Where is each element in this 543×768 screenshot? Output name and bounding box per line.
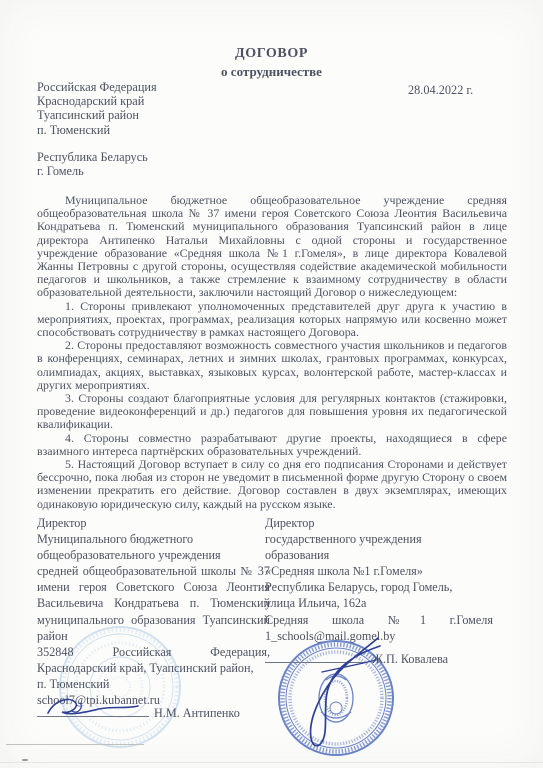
signature-ink-left: [42, 693, 152, 728]
document-title: ДОГОВОР: [0, 46, 543, 62]
signatory-line: Директор: [265, 515, 493, 531]
signatory-line: муниципального образования Туапсинский: [37, 612, 270, 628]
signatory-address-line: Краснодарский край, Туапсинский район,: [37, 660, 270, 676]
origin-line: п. Тюменский: [37, 123, 157, 137]
signatory-line: Васильевича Кондратьева п. Тюменский: [37, 595, 270, 611]
signatory-line: имени героя Советского Союза Леонтия: [37, 579, 270, 595]
document-title-block: ДОГОВОР о сотрудничестве: [0, 46, 543, 80]
signatory-line: общеобразовательного учреждения: [37, 547, 270, 563]
scanned-contract-page: ДОГОВОР о сотрудничестве Российская Феде…: [0, 0, 543, 768]
clause-paragraph-2: 2. Стороны предоставляют возможность сов…: [37, 339, 507, 392]
signatory-address-line: улица Ильича, 162а: [265, 595, 493, 611]
origin-line: г. Гомель: [37, 164, 148, 178]
signatory-line: Директор: [37, 515, 270, 531]
origin-address-belarus: Республика Беларусь г. Гомель: [37, 150, 148, 178]
signature-ink-right: [276, 620, 406, 765]
origin-line: Туапсинский район: [37, 108, 157, 122]
origin-line: Краснодарский край: [37, 94, 157, 108]
signatory-line: средней общеобразовательной школы № 37: [37, 563, 270, 579]
signatory-line: «Средняя школа №1 г.Гомеля»: [265, 563, 493, 579]
signatory-address-line: п. Тюменский: [37, 676, 270, 692]
clause-paragraph-4: 4. Стороны совместно разрабатывают други…: [37, 432, 507, 458]
clause-paragraph-1: 1. Стороны привлекают уполномоченных пре…: [37, 300, 507, 340]
signatory-address-line: Республика Беларусь, город Гомель,: [265, 579, 493, 595]
signatory-line: образования: [265, 547, 493, 563]
clause-paragraph-3: 3. Стороны создают благоприятные условия…: [37, 392, 507, 432]
scan-artifact-mark: [22, 759, 28, 761]
clause-paragraph-5: 5. Настоящий Договор вступает в силу со …: [37, 458, 507, 511]
signatory-line: район: [37, 628, 270, 644]
signatory-address-line: 352848 Российская Федерация,: [37, 644, 270, 660]
origin-line: Российская Федерация: [37, 80, 157, 94]
preamble-paragraph: Муниципальное бюджетное общеобразователь…: [37, 194, 507, 300]
signatory-line: Муниципального бюджетного: [37, 531, 270, 547]
signatory-name-left: Н.М. Антипенко: [154, 706, 240, 720]
signatory-line: государственного учреждения: [265, 531, 493, 547]
document-subtitle: о сотрудничестве: [0, 64, 543, 80]
document-date: 28.04.2022 г.: [408, 83, 473, 98]
origin-address-russia: Российская Федерация Краснодарский край …: [37, 80, 157, 137]
scan-artifact-line: [0, 762, 543, 763]
scan-artifact-line: [6, 744, 144, 745]
origin-line: Республика Беларусь: [37, 150, 148, 164]
contract-body: Муниципальное бюджетное общеобразователь…: [37, 194, 507, 511]
signatory-block-left: Директор Муниципального бюджетного общео…: [37, 515, 270, 708]
